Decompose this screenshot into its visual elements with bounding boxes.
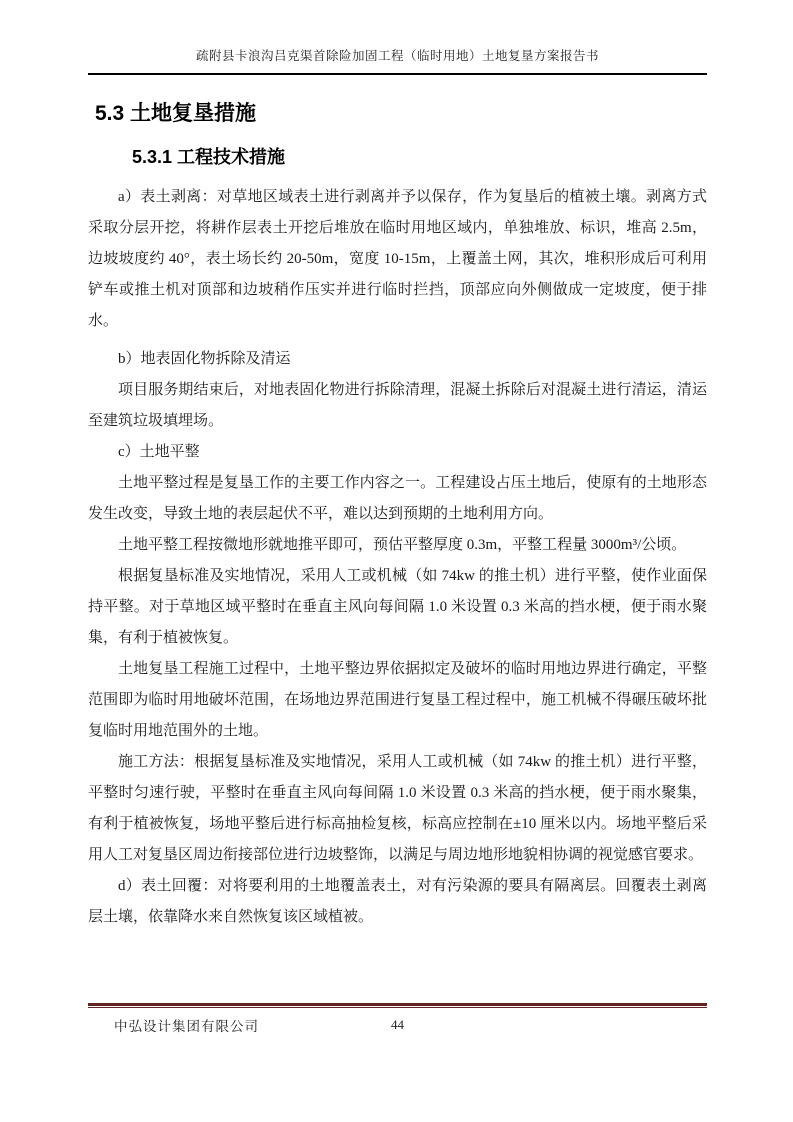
footer-rule-thin xyxy=(88,1007,707,1008)
body-text-block: a）表土剥离：对草地区域表土进行剥离并予以保存，作为复垦后的植被土壤。剥离方式采… xyxy=(88,182,707,933)
paragraph-leveling-quantity: 土地平整工程按微地形就地推平即可，预估平整厚度 0.3m，平整工程量 3000m… xyxy=(88,530,707,561)
subsection-heading: 5.3.1 工程技术措施 xyxy=(132,145,713,169)
paragraph-surface-demolition-body: 项目服务期结束后，对地表固化物进行拆除清理，混凝土拆除后对混凝土进行清运，清运至… xyxy=(88,375,707,437)
paragraph-leveling-method: 根据复垦标准及实地情况，采用人工或机械（如 74kw 的推土机）进行平整，使作业… xyxy=(88,561,707,654)
footer-rule-thick xyxy=(88,1003,707,1006)
section-heading: 5.3 土地复垦措施 xyxy=(95,100,713,127)
footer-row: 中弘设计集团有限公司 44 xyxy=(88,1015,707,1035)
paragraph-topsoil-stripping: a）表土剥离：对草地区域表土进行剥离并予以保存，作为复垦后的植被土壤。剥离方式采… xyxy=(88,182,707,337)
footer-company-name: 中弘设计集团有限公司 xyxy=(114,1015,259,1035)
paragraph-leveling-boundary: 土地复垦工程施工过程中，土地平整边界依据拟定及破坏的临时用地边界进行确定，平整范… xyxy=(88,654,707,747)
document-page: 疏附县卡浪沟吕克渠首除险加固工程（临时用地）土地复垦方案报告书 5.3 土地复垦… xyxy=(0,0,793,1122)
paragraph-land-leveling-intro: 土地平整过程是复垦工作的主要工作内容之一。工程建设占压土地后，使原有的土地形态发… xyxy=(88,468,707,530)
paragraph-construction-method: 施工方法：根据复垦标准及实地情况，采用人工或机械（如 74kw 的推土机）进行平… xyxy=(88,747,707,871)
paragraph-topsoil-backfill: d）表土回覆：对将要利用的土地覆盖表土，对有污染源的要具有隔离层。回覆表土剥离层… xyxy=(88,871,707,933)
page-footer: 中弘设计集团有限公司 44 xyxy=(88,1003,707,1035)
running-header-title: 疏附县卡浪沟吕克渠首除险加固工程（临时用地）土地复垦方案报告书 xyxy=(196,49,599,63)
running-header: 疏附县卡浪沟吕克渠首除险加固工程（临时用地）土地复垦方案报告书 xyxy=(88,46,707,75)
paragraph-land-leveling-heading: c）土地平整 xyxy=(88,437,707,468)
paragraph-surface-demolition-heading: b）地表固化物拆除及清运 xyxy=(88,344,707,375)
